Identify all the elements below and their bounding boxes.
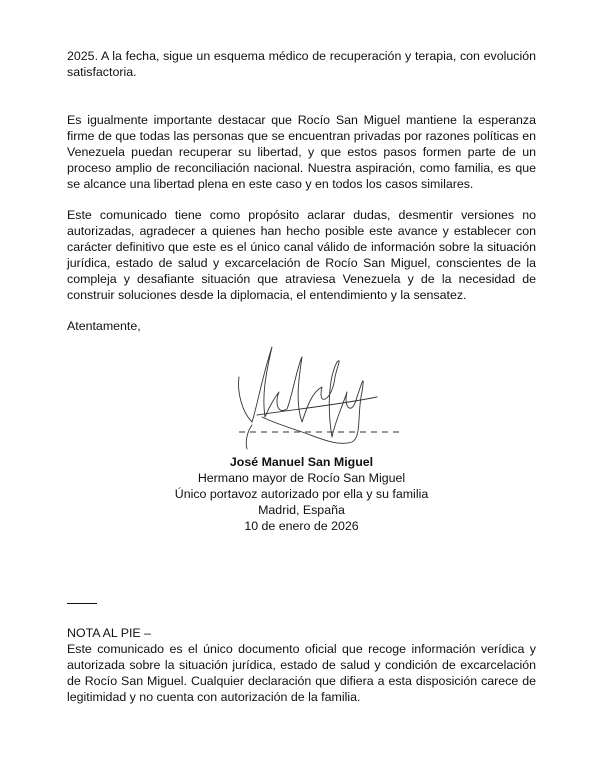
closing-salutation: Atentamente,	[67, 318, 536, 334]
footnote-divider	[67, 603, 97, 604]
footnote-label: NOTA AL PIE –	[67, 625, 536, 641]
paragraph-recovery-status: 2025. A la fecha, sigue un esquema médic…	[67, 48, 536, 80]
handwritten-signature-icon	[217, 337, 417, 452]
paragraph-hope-statement: Es igualmente importante destacar que Ro…	[67, 112, 536, 192]
signer-date: 10 de enero de 2026	[67, 518, 536, 534]
paragraph-purpose-statement: Este comunicado tiene como propósito acl…	[67, 207, 536, 303]
signer-role: Único portavoz autorizado por ella y su …	[67, 486, 536, 502]
footnote-body: Este comunicado es el único documento of…	[67, 641, 536, 705]
signer-name: José Manuel San Miguel	[67, 454, 536, 470]
signer-title: Hermano mayor de Rocío San Miguel	[67, 470, 536, 486]
signature-block: José Manuel San Miguel Hermano mayor de …	[67, 454, 536, 534]
signer-place: Madrid, España	[67, 502, 536, 518]
